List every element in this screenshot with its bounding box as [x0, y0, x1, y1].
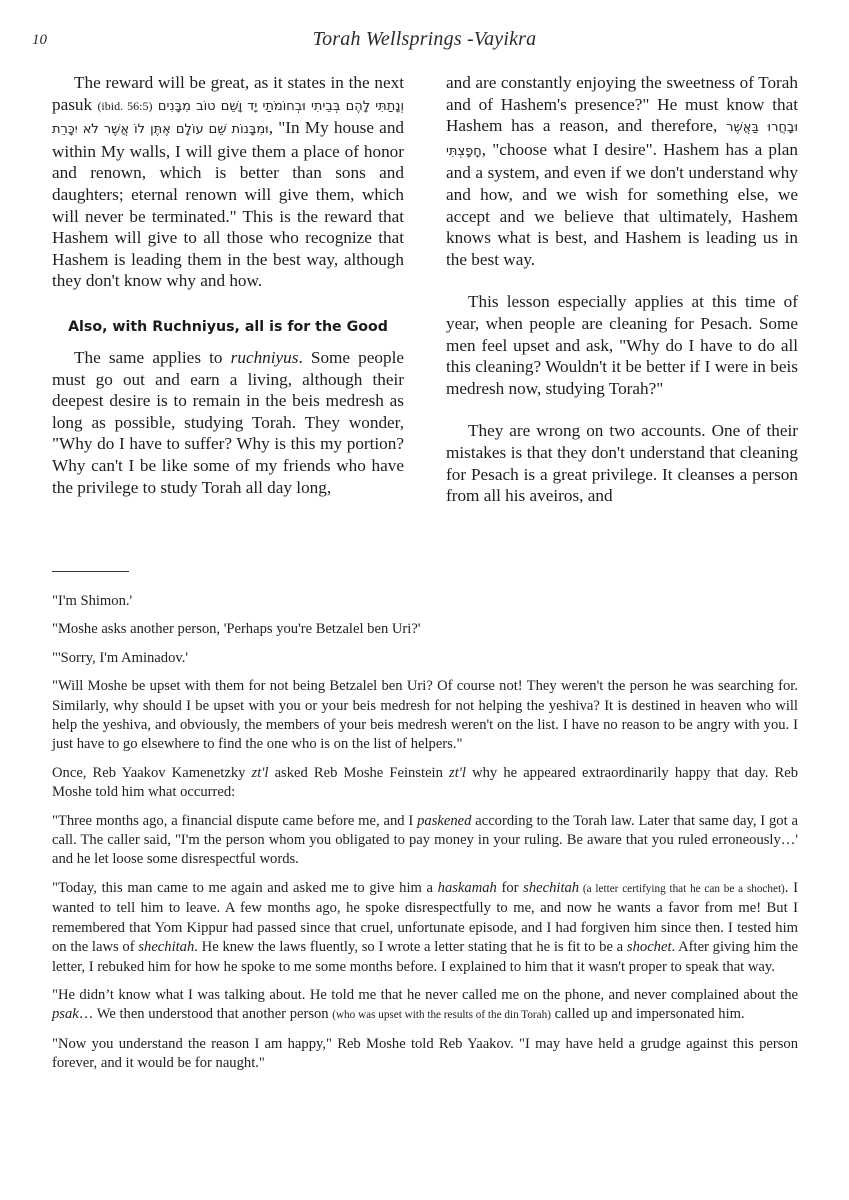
running-header: 10 Torah Wellsprings -Vayikra — [0, 28, 849, 58]
right-column: and are constantly enjoying the sweetnes… — [446, 72, 798, 507]
main-text-columns: The reward will be great, as it states i… — [52, 72, 798, 507]
footnote-paragraph: Once, Reb Yaakov Kamenetzky zt'l asked R… — [52, 764, 798, 803]
footnote-paragraph: "I'm Shimon.' — [52, 592, 798, 611]
footnote-divider — [52, 571, 129, 572]
footnote-paragraph: "Now you understand the reason I am happ… — [52, 1035, 798, 1074]
section-heading: Also, with Ruchniyus, all is for the Goo… — [52, 319, 404, 335]
footnote-paragraph: "He didn’t know what I was talking about… — [52, 986, 798, 1026]
footnote-paragraph: "Moshe asks another person, 'Perhaps you… — [52, 620, 798, 639]
footnote-paragraph: "Will Moshe be upset with them for not b… — [52, 677, 798, 755]
paragraph-reward: The reward will be great, as it states i… — [52, 72, 404, 292]
citation: (ibid. 56:5) — [97, 99, 152, 113]
footnote-paragraph: "Three months ago, a financial dispute c… — [52, 812, 798, 870]
paragraph-continued: and are constantly enjoying the sweetnes… — [446, 72, 798, 270]
left-column: The reward will be great, as it states i… — [52, 72, 404, 507]
footnote-paragraph: "'Sorry, I'm Aminadov.' — [52, 649, 798, 668]
paragraph-two-accounts: They are wrong on two accounts. One of t… — [446, 420, 798, 506]
footnote-paragraph: "Today, this man came to me again and as… — [52, 879, 798, 977]
paragraph-pesach-lesson: This lesson especially applies at this t… — [446, 291, 798, 399]
paragraph-ruchniyus: The same applies to ruchniyus. Some peop… — [52, 347, 404, 498]
footnotes: "I'm Shimon.' "Moshe asks another person… — [52, 592, 798, 1083]
book-title: Torah Wellsprings -Vayikra — [0, 28, 849, 51]
